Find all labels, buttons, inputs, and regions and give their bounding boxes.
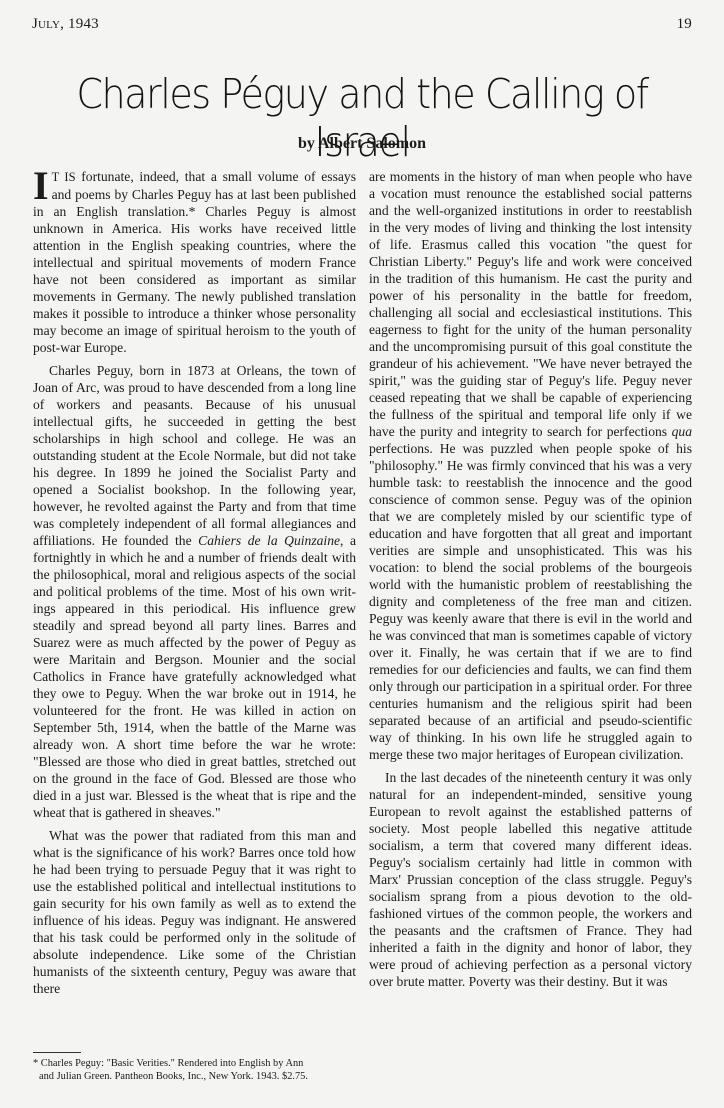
- paragraph-text: perfections. He was puzzled when people …: [369, 441, 692, 762]
- italic-term: qua: [672, 424, 692, 439]
- paragraph-text: are moments in the history of man when p…: [369, 169, 692, 439]
- right-column: are moments in the history of man when p…: [369, 168, 692, 996]
- issue-date: July, 1943: [32, 16, 99, 33]
- article-byline: by Albert Salomon: [0, 135, 724, 153]
- paragraph-text: Charles Peguy, born in 1873 at Orleans, …: [33, 363, 356, 548]
- footnote: * Charles Peguy: "Basic Verities." Rende…: [33, 1058, 356, 1083]
- left-column: IT IS fortunate, indeed, that a small vo…: [33, 168, 356, 1003]
- footnote-line: and Julian Green. Pantheon Books, Inc., …: [33, 1071, 356, 1084]
- paragraph-intro: IT IS fortunate, indeed, that a small vo…: [33, 168, 356, 356]
- paragraph-vocation: are moments in the history of man when p…: [369, 168, 692, 763]
- running-head: July, 1943 19: [32, 16, 692, 33]
- lead-in: T IS: [52, 170, 76, 184]
- footnote-divider: [33, 1052, 81, 1053]
- paragraph-biography: Charles Peguy, born in 1873 at Orleans, …: [33, 362, 356, 821]
- paragraph-text: , a fortnightly in which he and a number…: [33, 533, 356, 820]
- paragraph-text: What was the power that radiated from th…: [33, 828, 356, 996]
- footnote-line: * Charles Peguy: "Basic Verities." Rende…: [33, 1058, 303, 1069]
- paragraph-significance: What was the power that radiated from th…: [33, 827, 356, 997]
- paragraph-socialism: In the last decades of the nineteenth ce…: [369, 769, 692, 990]
- paragraph-text: In the last decades of the nineteenth ce…: [369, 770, 692, 989]
- page-number: 19: [677, 16, 692, 33]
- paragraph-text: fortunate, indeed, that a small volume o…: [33, 169, 356, 355]
- periodical-title: Cahiers de la Quinzaine: [198, 533, 340, 548]
- drop-cap: I: [33, 171, 49, 201]
